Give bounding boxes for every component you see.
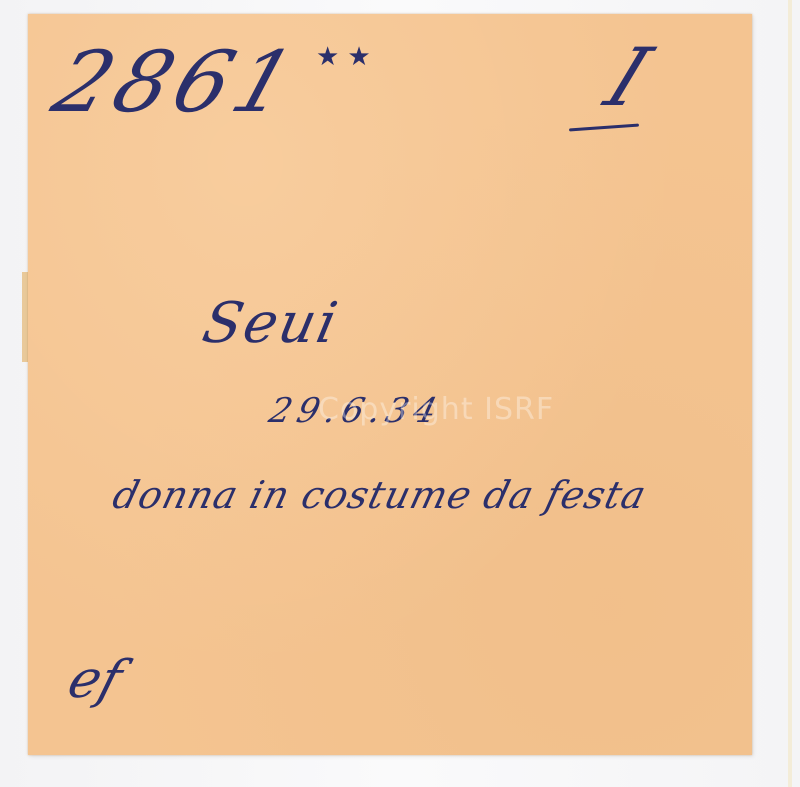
index-card: 2861 ★★ I Seui 29.6.34 Copyright ISRF do… [28,14,752,755]
place-name: Seui [198,296,343,352]
star-marks: ★★ [316,44,379,70]
star-icon: ★ [347,42,378,72]
volume-mark: I [596,38,660,118]
description: donna in costume da festa [109,476,650,514]
catalog-number: 2861 [44,40,309,124]
initials: ef [63,654,128,706]
scanned-page: 2861 ★★ I Seui 29.6.34 Copyright ISRF do… [0,0,800,787]
copyright-watermark: Copyright ISRF [318,392,554,427]
volume-underline [569,124,639,132]
star-icon: ★ [316,42,347,72]
adjacent-sheet-edge [788,0,792,787]
